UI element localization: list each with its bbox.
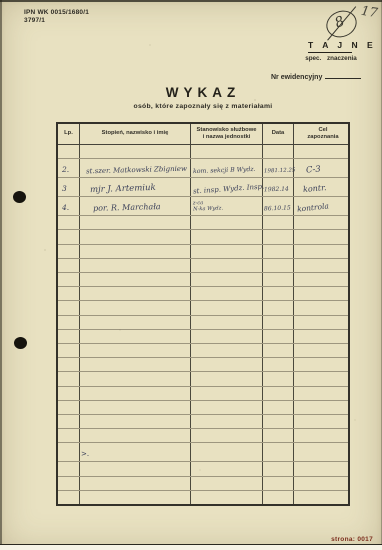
table-row [58,230,348,244]
table-cell-lp [58,443,80,461]
column-header-line: Stanowisko służbowe [197,127,257,134]
table-cell-cel: kontr. [294,178,352,196]
handwritten-name: mjr J. Artemiuk [90,183,156,195]
table-cell-lp [58,415,80,428]
handwritten-lp: 3 [62,184,67,193]
table-row [58,491,348,504]
table-cell-cel [294,372,352,385]
table-cell-pos [191,477,263,490]
table-cell-lp [58,230,80,243]
table-cell-name: por. R. Marchała [80,197,191,215]
table-cell-cel [294,230,352,243]
table-cell-name: mjr J. Artemiuk [80,178,191,196]
table-cell-date [263,344,294,357]
table-cell-pos [191,401,263,414]
table-row [58,259,348,273]
column-header: Stanowisko służbowei nazwa jednostki [191,124,263,144]
archive-reference-watermark: IPN WK 0015/1680/1 3797/1 [24,9,89,26]
table-cell-lp [58,330,80,343]
classification-label: T A J N E [308,40,352,53]
table-cell-date: 1981.12.25 [263,159,294,177]
table-cell-lp [58,372,80,385]
table-cell-cel [294,387,352,400]
table-cell-date [263,387,294,400]
table-cell-pos [191,344,263,357]
table-cell-cel [294,273,352,286]
table-cell-date [263,230,294,243]
scanned-document-page: IPN WK 0015/1680/1 3797/1 17 8 T A J N E… [0,0,382,550]
table-cell-lp [58,387,80,400]
table-cell-pos [191,429,263,442]
scan-edge-top [0,0,382,2]
table-cell-cel [294,491,352,504]
table-cell-name [80,259,191,272]
table-cell-name [80,316,191,329]
table-cell-name [80,344,191,357]
table-cell-pos [191,287,263,300]
table-cell-cel [294,330,352,343]
handwritten-pos: st. insp. Wydz. Insp. [193,183,265,196]
column-header-line: Cel [318,127,327,134]
table-cell-cel: kontrola [294,197,352,215]
table-cell-cel [294,245,352,258]
table-cell-name [80,230,191,243]
evidence-number-line: Nr ewidencyjny [271,71,361,81]
table-cell-lp [58,429,80,442]
handwritten-date: 1982.14 [264,186,289,194]
table-row [58,387,348,401]
table-cell-date [263,462,294,475]
handwritten-cel: kontr. [303,183,327,194]
table-cell-date [263,372,294,385]
table-cell-cel [294,462,352,475]
table-row: >. [58,443,348,462]
handwritten-pos: z-ca N-ka Wydz. [193,201,223,214]
punch-hole-mark [14,337,27,349]
column-header: Lp. [58,124,80,144]
table-row [58,462,348,476]
table-cell-date [263,245,294,258]
table-cell-pos [191,358,263,371]
handwritten-cel: C-3 [306,165,322,176]
digitization-page-footer: strona: 0017 [331,536,373,543]
table-cell-lp [58,216,80,229]
table-cell-name [80,387,191,400]
table-body: 2.st.szer. Matkowski Zbigniewkom. sekcji… [58,145,348,504]
table-cell-cel [294,401,352,414]
table-row [58,344,348,358]
handwritten-lp: 4. [62,203,69,212]
table-cell-date [263,429,294,442]
table-cell-pos [191,245,263,258]
table-cell-name [80,273,191,286]
table-cell-name [80,330,191,343]
table-cell-lp [58,477,80,490]
table-cell-name [80,372,191,385]
evidence-label: Nr ewidencyjny [271,74,322,81]
table-cell-date: 86.10.15 [263,197,294,215]
table-cell-name [80,462,191,475]
table-cell-cel [294,259,352,272]
column-header: Data [263,124,294,144]
table-cell-cel [294,145,352,158]
table-cell-date [263,358,294,371]
handwritten-pos: kom. sekcji B Wydz. [193,166,256,175]
handwritten-name: st.szer. Matkowski Zbigniew [86,165,187,176]
table-cell-pos [191,259,263,272]
table-cell-name: st.szer. Matkowski Zbigniew [80,159,191,177]
table-header-row: Lp.Stopień, nazwisko i imięStanowisko sł… [58,124,348,145]
table-cell-date [263,287,294,300]
classification-sublabel: spec. znaczenia [303,55,359,62]
table-cell-date [263,259,294,272]
handwritten-date: 86.10.15 [264,205,291,213]
table-cell-cel [294,216,352,229]
column-header: Stopień, nazwisko i imię [80,124,191,144]
table-cell-date [263,415,294,428]
table-cell-pos [191,415,263,428]
table-cell-name [80,415,191,428]
scan-bottom-strip [0,544,382,550]
table-cell-pos [191,316,263,329]
table-cell-pos [191,387,263,400]
scan-edge-left [0,0,2,550]
table-cell-lp [58,491,80,504]
table-cell-cel [294,301,352,314]
table-cell-date [263,401,294,414]
table-cell-date: 1982.14 [263,178,294,196]
table-row: 3mjr J. Artemiukst. insp. Wydz. Insp.198… [58,178,348,197]
table-cell-lp [58,287,80,300]
table-cell-cel [294,477,352,490]
table-cell-name [80,301,191,314]
table-row [58,287,348,301]
table-cell-date [263,330,294,343]
table-cell-date [263,491,294,504]
table-row [58,358,348,372]
table-cell-lp [58,344,80,357]
table-row [58,245,348,259]
table-cell-pos [191,443,263,461]
column-header-line: Stopień, nazwisko i imię [102,130,169,137]
stamp-slash-mark [327,6,356,41]
table-cell-date [263,216,294,229]
table-cell-cel [294,429,352,442]
document-title: WYKAZ [56,85,350,100]
column-header-line: zapoznania [307,134,338,141]
table-row [58,316,348,330]
table-cell-lp: 2. [58,159,80,177]
table-cell-pos: kom. sekcji B Wydz. [191,159,263,177]
table-cell-lp [58,245,80,258]
table-cell-pos [191,330,263,343]
table-cell-date [263,316,294,329]
handwritten-lp: 2. [62,165,69,174]
table-cell-pos [191,372,263,385]
table-row [58,429,348,443]
table-row [58,415,348,429]
table-cell-lp: 3 [58,178,80,196]
table-cell-pos [191,216,263,229]
document-subtitle: osób, które zapoznały się z materiałami [56,103,350,110]
handwritten-cel: kontrola [297,202,330,214]
table-cell-cel [294,443,352,461]
table-cell-date [263,273,294,286]
table-cell-pos [191,145,263,158]
table-cell-date [263,443,294,461]
crossed-number-stamp: 8 [322,6,360,42]
table-cell-lp: 4. [58,197,80,215]
column-header: Celzapoznania [294,124,352,144]
table-cell-name [80,429,191,442]
table-row: 2.st.szer. Matkowski Zbigniewkom. sekcji… [58,159,348,178]
table-cell-name [80,491,191,504]
column-header-line: Lp. [64,130,73,137]
table-cell-name [80,477,191,490]
table-cell-pos [191,301,263,314]
table-row [58,330,348,344]
table-row [58,145,348,159]
handwritten-page-number: 17 [360,4,379,21]
table-row [58,273,348,287]
table-cell-name: >. [80,443,191,461]
stray-pen-mark: >. [81,450,89,458]
table-cell-lp [58,259,80,272]
table-cell-lp [58,145,80,158]
table-cell-pos: st. insp. Wydz. Insp. [191,178,263,196]
table-cell-lp [58,316,80,329]
table-cell-pos [191,491,263,504]
table-cell-pos [191,230,263,243]
table-cell-cel [294,344,352,357]
table-cell-lp [58,273,80,286]
punch-hole-mark [13,191,26,203]
table-cell-cel: C-3 [294,159,352,177]
table-cell-name [80,245,191,258]
table-cell-date [263,145,294,158]
table-cell-date [263,301,294,314]
column-header-line: i nazwa jednostki [203,134,251,141]
table-row [58,401,348,415]
table-row [58,477,348,491]
table-cell-lp [58,301,80,314]
familiarization-table: Lp.Stopień, nazwisko i imięStanowisko sł… [56,122,350,506]
table-cell-name [80,358,191,371]
handwritten-date: 1981.12.25 [264,168,296,175]
table-cell-name [80,216,191,229]
table-row [58,216,348,230]
table-cell-lp [58,401,80,414]
table-cell-cel [294,358,352,371]
table-cell-lp [58,462,80,475]
table-cell-name [80,287,191,300]
evidence-blank-line [325,71,361,79]
table-cell-pos [191,462,263,475]
table-cell-lp [58,358,80,371]
table-cell-pos [191,273,263,286]
table-cell-cel [294,287,352,300]
handwritten-name: por. R. Marchała [93,202,161,213]
table-cell-pos: z-ca N-ka Wydz. [191,197,263,215]
column-header-line: Data [272,130,285,137]
table-row: 4.por. R. Marchałaz-ca N-ka Wydz.86.10.1… [58,197,348,216]
table-cell-name [80,145,191,158]
table-cell-cel [294,415,352,428]
table-cell-name [80,401,191,414]
table-row [58,301,348,315]
table-row [58,372,348,386]
table-cell-cel [294,316,352,329]
table-cell-date [263,477,294,490]
